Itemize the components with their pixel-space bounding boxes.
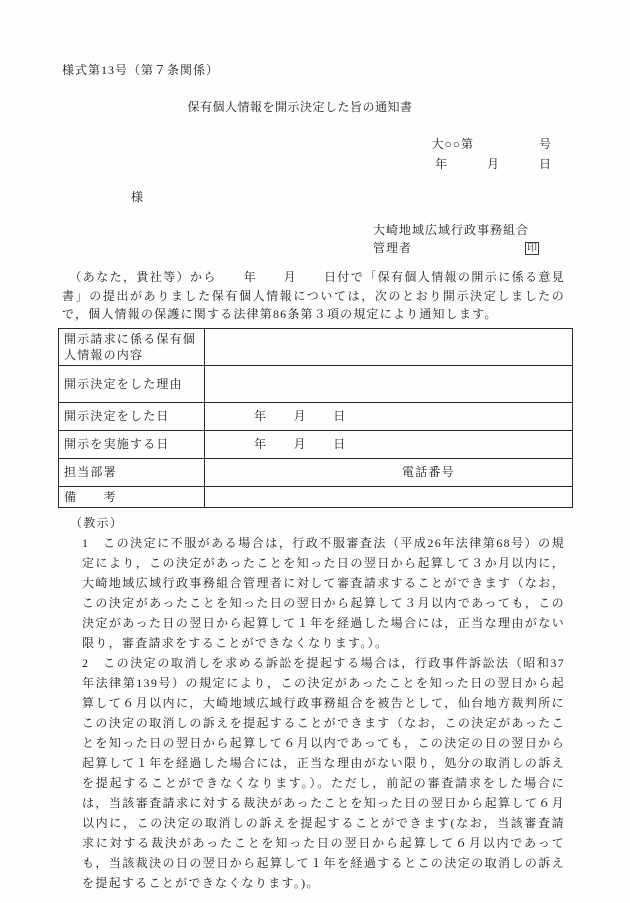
issuer-organization: 大崎地域広域行政事務組合 [373, 222, 539, 240]
table-row-personal-info-content: 開示請求に係る保有個人情報の内容 [59, 328, 573, 365]
notice-item-text: この決定に不服がある場合は，行政不服審査法（平成26年法律第68号）の規定により… [82, 536, 565, 650]
row-label: 開示請求に係る保有個人情報の内容 [59, 328, 205, 365]
row-label: 開示決定をした理由 [59, 365, 205, 402]
row-label: 開示を実施する日 [59, 430, 205, 458]
form-number: 様式第13号（第７条関係） [62, 61, 219, 78]
notice-item-2: 2 この決定の取消しを求める訴訟を提起する場合は，行政事件訴訟法（昭和37年法律… [82, 653, 565, 893]
document-body: （あなた，貴社等）から 年 月 日付で「保有個人情報の開示に係る意見書」の提出が… [62, 268, 565, 893]
reference-block: 大○○第 号 年 月 日 [432, 134, 553, 174]
seal-mark: 印 [525, 242, 539, 255]
date-line: 年 月 日 [432, 154, 553, 174]
row-label: 備 考 [59, 486, 205, 507]
table-row-remarks: 備 考 [59, 486, 573, 507]
row-value-date: 年 月 日 [205, 402, 573, 430]
date-placeholder: 年 月 日 [210, 408, 346, 424]
table-row-decision-reason: 開示決定をした理由 [59, 365, 573, 402]
table-row-decision-date: 開示決定をした日 年 月 日 [59, 402, 573, 430]
row-label: 開示決定をした日 [59, 402, 205, 430]
table-row-department: 担当部署 電話番号 [59, 458, 573, 486]
notice-heading: （教示） [70, 513, 565, 533]
row-value-empty [205, 328, 573, 365]
notice-section: （教示） 1 この決定に不服がある場合は，行政不服審査法（平成26年法律第68号… [62, 513, 565, 893]
disclosure-table: 開示請求に係る保有個人情報の内容 開示決定をした理由 開示決定をした日 年 月 … [58, 328, 573, 508]
table-row-disclosure-date: 開示を実施する日 年 月 日 [59, 430, 573, 458]
notice-item-1: 1 この決定に不服がある場合は，行政不服審査法（平成26年法律第68号）の規定に… [82, 533, 565, 653]
row-label: 担当部署 [59, 458, 205, 486]
row-value-department: 電話番号 [205, 458, 573, 486]
row-value-empty [205, 486, 573, 507]
issuer-block: 大崎地域広域行政事務組合 管理者 印 [373, 222, 539, 257]
doc-number-line: 大○○第 号 [432, 134, 553, 154]
issuer-title: 管理者 [373, 240, 412, 258]
document-title: 保有個人情報を開示決定した旨の通知書 [0, 98, 600, 115]
notification-document: 様式第13号（第７条関係） 保有個人情報を開示決定した旨の通知書 大○○第 号 … [0, 0, 630, 903]
row-value-empty [205, 365, 573, 402]
phone-number-label: 電話番号 [402, 464, 455, 480]
addressee-suffix: 様 [131, 188, 144, 205]
row-value-date: 年 月 日 [205, 430, 573, 458]
body-paragraph: （あなた，貴社等）から 年 月 日付で「保有個人情報の開示に係る意見書」の提出が… [62, 268, 565, 324]
notice-item-text: この決定の取消しを求める訴訟を提起する場合は，行政事件訴訟法（昭和37年法律第1… [82, 656, 565, 890]
date-placeholder: 年 月 日 [210, 436, 346, 452]
